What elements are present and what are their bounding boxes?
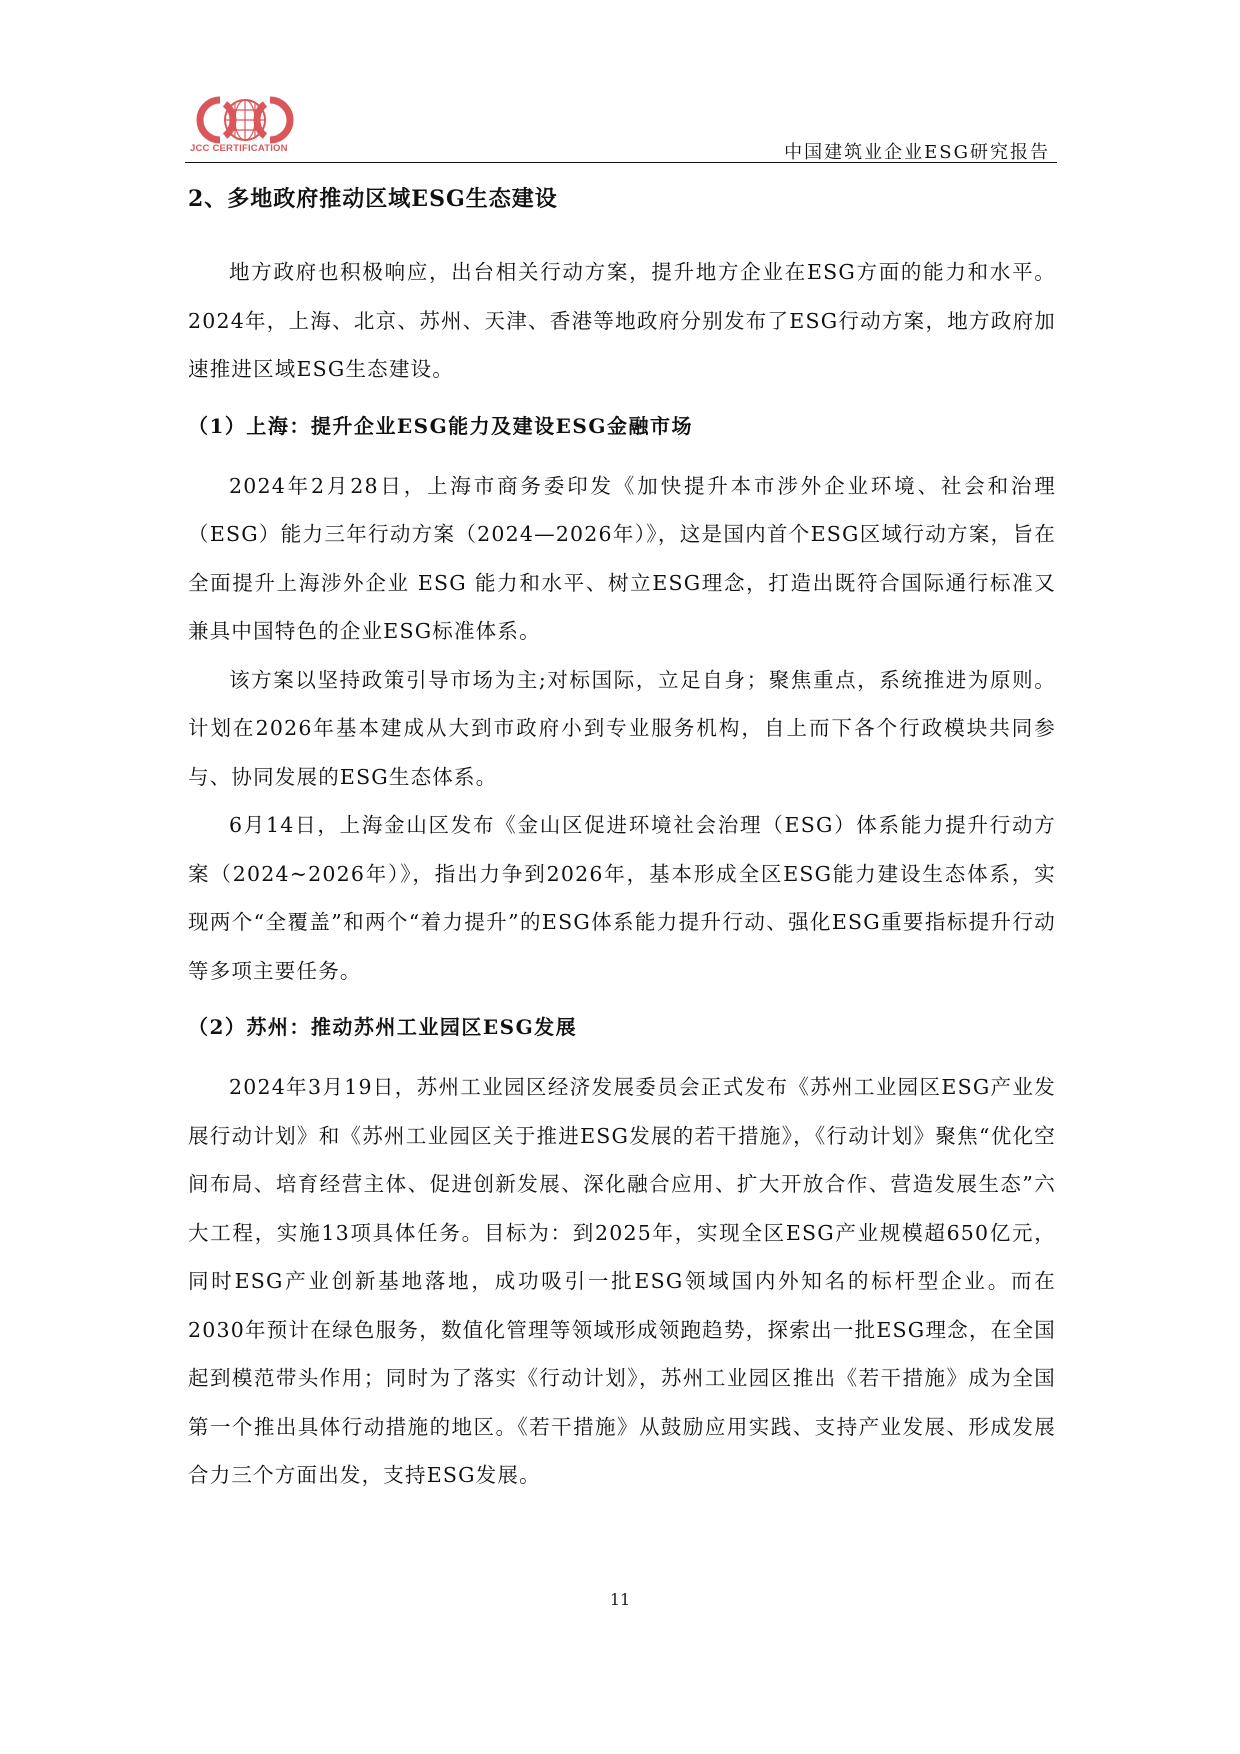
section-intro-paragraph: 地方政府也积极响应，出台相关行动方案，提升地方企业在ESG方面的能力和水平。20…: [188, 248, 1056, 394]
shanghai-paragraph-3: 6月14日，上海金山区发布《金山区促进环境社会治理（ESG）体系能力提升行动方案…: [188, 801, 1056, 995]
suzhou-paragraph-1: 2024年3月19日，苏州工业园区经济发展委员会正式发布《苏州工业园区ESG产业…: [188, 1063, 1056, 1500]
page-number: 11: [0, 1590, 1240, 1609]
logo-text: JCC CERTIFICATION: [190, 143, 288, 154]
page-content: 2、多地政府推动区域ESG生态建设 地方政府也积极响应，出台相关行动方案，提升地…: [188, 178, 1056, 1500]
subsection-title-suzhou: （2）苏州：推动苏州工业园区ESG发展: [188, 1007, 1056, 1047]
shanghai-paragraph-1: 2024年2月28日，上海市商务委印发《加快提升本市涉外企业环境、社会和治理（E…: [188, 462, 1056, 656]
shanghai-paragraph-2: 该方案以坚持政策引导市场为主;对标国际，立足自身；聚焦重点，系统推进为原则。计划…: [188, 656, 1056, 802]
header-divider: [185, 162, 1057, 163]
subsection-title-shanghai: （1）上海：提升企业ESG能力及建设ESG金融市场: [188, 406, 1056, 446]
report-title: 中国建筑业企业ESG研究报告: [784, 138, 1050, 164]
section-title: 2、多地政府推动区域ESG生态建设: [188, 178, 1056, 220]
